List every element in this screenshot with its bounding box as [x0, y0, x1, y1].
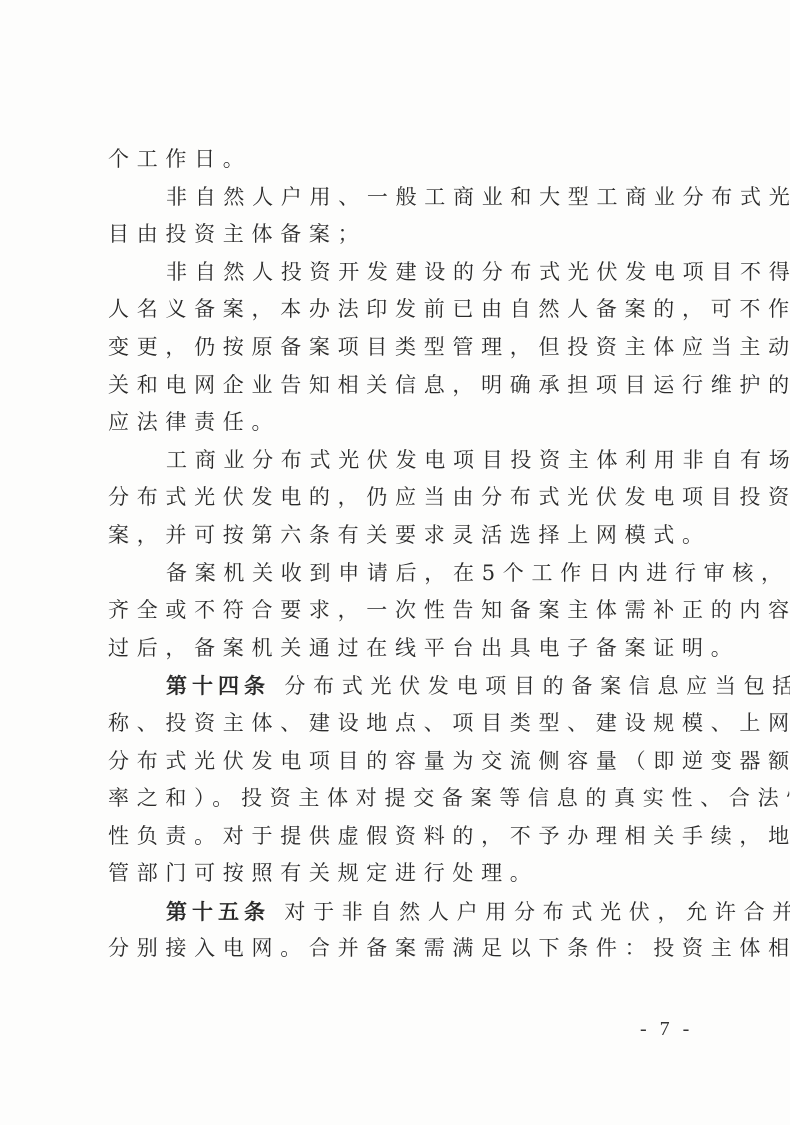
article-14-line: 第十四条 分布式光伏发电项目的备案信息应当包括项目名 [108, 667, 694, 705]
text-line: 关和电网企业告知相关信息，明确承担项目运行维护的主体及相 [108, 367, 694, 405]
text-line: 案，并可按第六条有关要求灵活选择上网模式。 [108, 517, 694, 555]
page-number: - 7 - [640, 1018, 693, 1041]
text-line: 过后，备案机关通过在线平台出具电子备案证明。 [108, 630, 694, 668]
text-line: 分布式光伏发电的，仍应当由分布式光伏发电项目投资主体备 [108, 479, 694, 517]
text-line: 非自然人户用、一般工商业和大型工商业分布式光伏发电项 [108, 179, 694, 217]
text-line: 性负责。对于提供虚假资料的，不予办理相关手续，地方能源主 [108, 818, 694, 856]
text-line: 变更，仍按原备案项目类型管理，但投资主体应当主动向备案机 [108, 329, 694, 367]
text-line: 分别接入电网。合并备案需满足以下条件：投资主体相同、备案 [108, 930, 694, 968]
text-line: 非自然人投资开发建设的分布式光伏发电项目不得以自然 [108, 254, 694, 292]
article-15-line: 第十五条 对于非自然人户用分布式光伏，允许合并备案并 [108, 893, 694, 931]
text-line: 目由投资主体备案； [108, 216, 694, 254]
text-line: 称、投资主体、建设地点、项目类型、建设规模、上网模式等。 [108, 705, 694, 743]
text-line: 人名义备案，本办法印发前已由自然人备案的，可不作备案主体 [108, 291, 694, 329]
text-line: 工商业分布式光伏发电项目投资主体利用非自有场所建设 [108, 442, 694, 480]
text-line: 齐全或不符合要求，一次性告知备案主体需补正的内容，审核通 [108, 592, 694, 630]
article-heading: 第十四条 [166, 673, 270, 698]
article-heading: 第十五条 [166, 899, 270, 924]
text-line: 率之和）。投资主体对提交备案等信息的真实性、合法性和完整 [108, 780, 694, 818]
text-line: 分布式光伏发电项目的容量为交流侧容量（即逆变器额定输出功 [108, 743, 694, 781]
text-line: 管部门可按照有关规定进行处理。 [108, 855, 694, 893]
text-line: 备案机关收到申请后，在5个工作日内进行审核，若材料不 [108, 555, 694, 593]
text-line: 应法律责任。 [108, 404, 694, 442]
document-body: 个工作日。 非自然人户用、一般工商业和大型工商业分布式光伏发电项 目由投资主体备… [108, 141, 694, 968]
text-line: 个工作日。 [108, 141, 694, 179]
